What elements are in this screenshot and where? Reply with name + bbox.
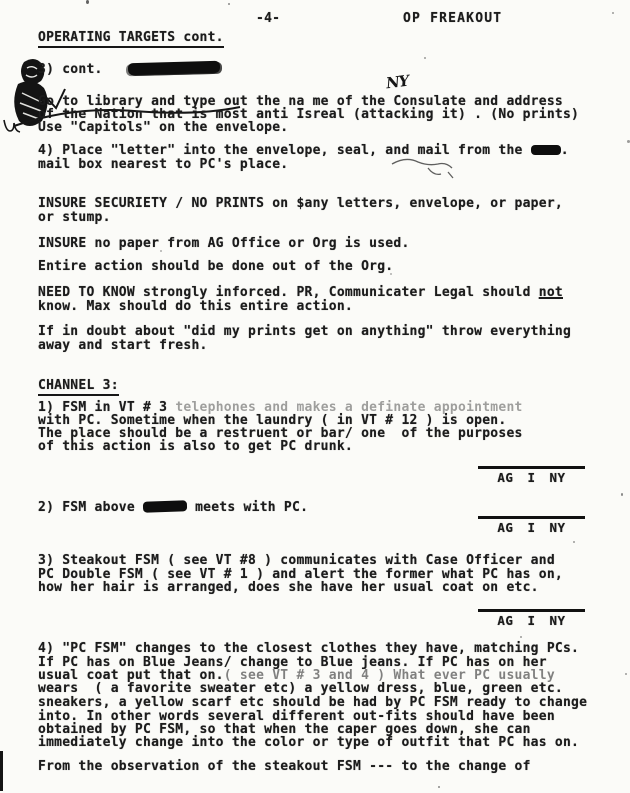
- security-line1: INSURE SECURIETY / NO PRINTS on $any let…: [38, 197, 563, 210]
- pencil-scribble: [388, 152, 480, 180]
- doubt-line1: If in doubt about "did my prints get on …: [38, 325, 571, 338]
- need-to-know-line1: NEED TO KNOW strongly inforced. PR, Comm…: [38, 286, 563, 299]
- page-number: -4-: [256, 12, 280, 25]
- channel3-item3-line3: how her hair is arranged, does she have …: [38, 581, 539, 594]
- item3-cont-label: 3) cont.: [38, 63, 103, 76]
- scan-speck: [228, 3, 230, 5]
- entire-action-line: Entire action should be done out of the …: [38, 260, 393, 273]
- redaction-mark: [143, 500, 187, 513]
- not-underlined: not: [539, 285, 563, 300]
- scan-speck: [520, 636, 522, 638]
- channel3-item1-line4: of this action is also to get PC drunk.: [38, 440, 353, 453]
- item2-post: meets with PC.: [187, 500, 308, 515]
- approval-stamp-ag-i-ny: AG I NY: [478, 466, 585, 485]
- scan-speck: [160, 250, 162, 252]
- heading-text: CHANNEL 3:: [38, 378, 119, 396]
- channel3-item4-line5: sneakers, a yellow scarf etc should be h…: [38, 696, 587, 709]
- item4-line2: mail box nearest to PC's place.: [38, 158, 288, 171]
- item4-line1-period: .: [561, 143, 569, 158]
- need-to-know-text: NEED TO KNOW strongly inforced. PR, Comm…: [38, 285, 539, 300]
- security-line2: or stump.: [38, 211, 111, 224]
- document-title: OP FREAKOUT: [403, 12, 502, 25]
- closing-line: From the observation of the steakout FSM…: [38, 760, 531, 773]
- doubt-line2: away and start fresh.: [38, 339, 208, 352]
- no-paper-line: INSURE no paper from AG Office or Org is…: [38, 237, 410, 250]
- scan-speck: [625, 673, 627, 675]
- handwritten-annotation-ny: NY: [385, 72, 409, 93]
- scan-margin-mark: [0, 751, 3, 791]
- channel3-item2-line: 2) FSM above meets with PC.: [38, 501, 308, 514]
- approval-stamp-ag-i-ny: AG I NY: [478, 609, 585, 628]
- scan-speck: [612, 12, 614, 14]
- scan-speck: [621, 493, 623, 496]
- approval-stamp-ag-i-ny: AG I NY: [478, 516, 585, 535]
- heading-text: OPERATING TARGETS cont.: [38, 30, 224, 48]
- redaction-mark: [128, 61, 220, 75]
- scan-speck: [573, 541, 575, 543]
- section-heading-channel3: CHANNEL 3:: [38, 379, 119, 392]
- channel3-item4-line4: wears ( a favorite sweater etc) a yellow…: [38, 682, 563, 695]
- channel3-item4-line8: immediately change into the color or typ…: [38, 736, 579, 749]
- section-heading-operating-targets: OPERATING TARGETS cont.: [38, 31, 224, 44]
- channel3-item4-line1: 4) "PC FSM" changes to the closest cloth…: [38, 642, 579, 655]
- channel3-item3-line1: 3) Steakout FSM ( see VT #8 ) communicat…: [38, 554, 555, 567]
- need-to-know-line2: know. Max should do this entire action.: [38, 300, 353, 313]
- item4-line1: 4) Place "letter" into the envelope, sea…: [38, 144, 569, 157]
- scanned-document-page: -4- OP FREAKOUT OPERATING TARGETS cont. …: [0, 0, 630, 793]
- scan-speck: [438, 786, 440, 788]
- scan-speck: [86, 0, 89, 4]
- scan-speck: [390, 273, 392, 275]
- item2-pre: 2) FSM above: [38, 500, 143, 515]
- paragraph-line: Use "Capitols" on the envelope.: [38, 121, 288, 134]
- redaction-mark: [531, 145, 561, 155]
- scan-speck: [424, 57, 426, 59]
